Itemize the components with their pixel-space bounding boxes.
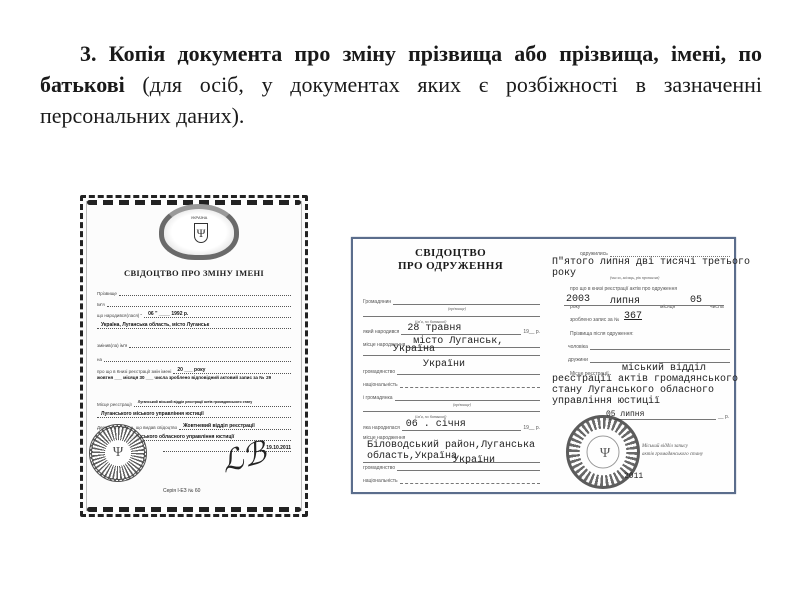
field-nationality: національність — [363, 376, 540, 388]
official-stamp: Ψ — [89, 424, 147, 482]
trident-icon: Ψ — [595, 442, 615, 466]
registration-place-line-1: міський відділ — [622, 363, 706, 374]
field-born2-date: яка народилася 06 . січня 19__ р. — [363, 419, 540, 431]
field-born-date: який народився 28 травня 19__ р. — [363, 323, 540, 335]
field-surname: Прізвище — [97, 286, 291, 296]
married-date-line-1: П"ятого липня дві тисячі третього — [552, 257, 750, 268]
field-citizenship: громадянство — [363, 363, 540, 375]
certificate-right-page: одружились П"ятого липня дві тисячі трет… — [550, 239, 738, 492]
field-to: на — [97, 352, 291, 362]
field-register-year: про що в Книзі реєстрації змін імені20 _… — [97, 364, 291, 374]
certificate-series: Серія І-ЕЗ № 60 — [163, 488, 200, 494]
field-and-citizen: і громадянка — [363, 389, 540, 401]
field-name: Ім'я — [97, 297, 291, 307]
registration-place-line-3: стану Луганського обласного — [552, 385, 714, 396]
marriage-certificate-image: СВІДОЦТВО ПРО ОДРУЖЕННЯ Громадянин (пріз… — [351, 237, 736, 494]
field-birth-date: що народився(лася) "06 " ____ 1992 р. — [97, 308, 291, 318]
instruction-paragraph: 3. Копія документа про зміну прізвища аб… — [40, 38, 762, 131]
birthplace-country: Україна — [393, 344, 435, 355]
married-date-line-2: року — [552, 268, 576, 279]
field-citizen: Громадянин — [363, 293, 540, 305]
field-registration-place: Місце реєстраціїЛуганський міський відді… — [97, 397, 291, 407]
certificate-title-line-1: СВІДОЦТВО — [353, 247, 548, 259]
certificate-title-line-2: ПРО ОДРУЖЕННЯ — [353, 260, 548, 272]
field-record-number: жовтня ___ місяця 30 ___ числа зроблено … — [97, 375, 291, 391]
field-citizenship2: громадянство — [363, 459, 540, 471]
field-husband: чоловіка — [568, 338, 730, 350]
birthplace2-line-1: Біловодський район,Луганська — [367, 440, 535, 451]
item-number: 3. — [40, 38, 97, 69]
stamp-number: 2011 — [624, 471, 643, 482]
certificate-left-page: СВІДОЦТВО ПРО ОДРУЖЕННЯ Громадянин (пріз… — [353, 239, 548, 492]
certificate-title: СВІДОЦТВО ПРО ЗМІНУ ІМЕНІ — [83, 268, 305, 278]
field-registration-place-2: Луганського міського управління юстиції — [97, 408, 291, 418]
registration-place-line-4: управління юстиції — [552, 396, 660, 407]
field-birthplace: місце народження місто Луганськ, — [363, 336, 540, 348]
record-entry-number: 367 — [624, 311, 642, 322]
field-birthplace: Україна, Луганська область, місто Луганс… — [97, 319, 291, 329]
field-wife: дружини — [568, 351, 730, 363]
trident-icon: Ψ — [194, 223, 208, 243]
field-married: одружились — [580, 245, 730, 257]
ornament-border-bottom — [87, 507, 301, 512]
registration-place-line-2: реєстрації актів громадянського — [552, 374, 738, 385]
field-nationality2: національність — [363, 472, 540, 484]
name-change-certificate-image: УКРАЇНА Ψ СВІДОЦТВО ПРО ЗМІНУ ІМЕНІ Пріз… — [80, 195, 308, 517]
state-emblem: УКРАЇНА Ψ — [159, 204, 239, 260]
item-note: (для осіб, у документах яких є розбіжнос… — [40, 72, 762, 128]
emblem-label: УКРАЇНА — [164, 215, 234, 220]
field-changed-name: змінив(ла) ім'я — [97, 338, 291, 348]
trident-icon: Ψ — [108, 441, 128, 465]
